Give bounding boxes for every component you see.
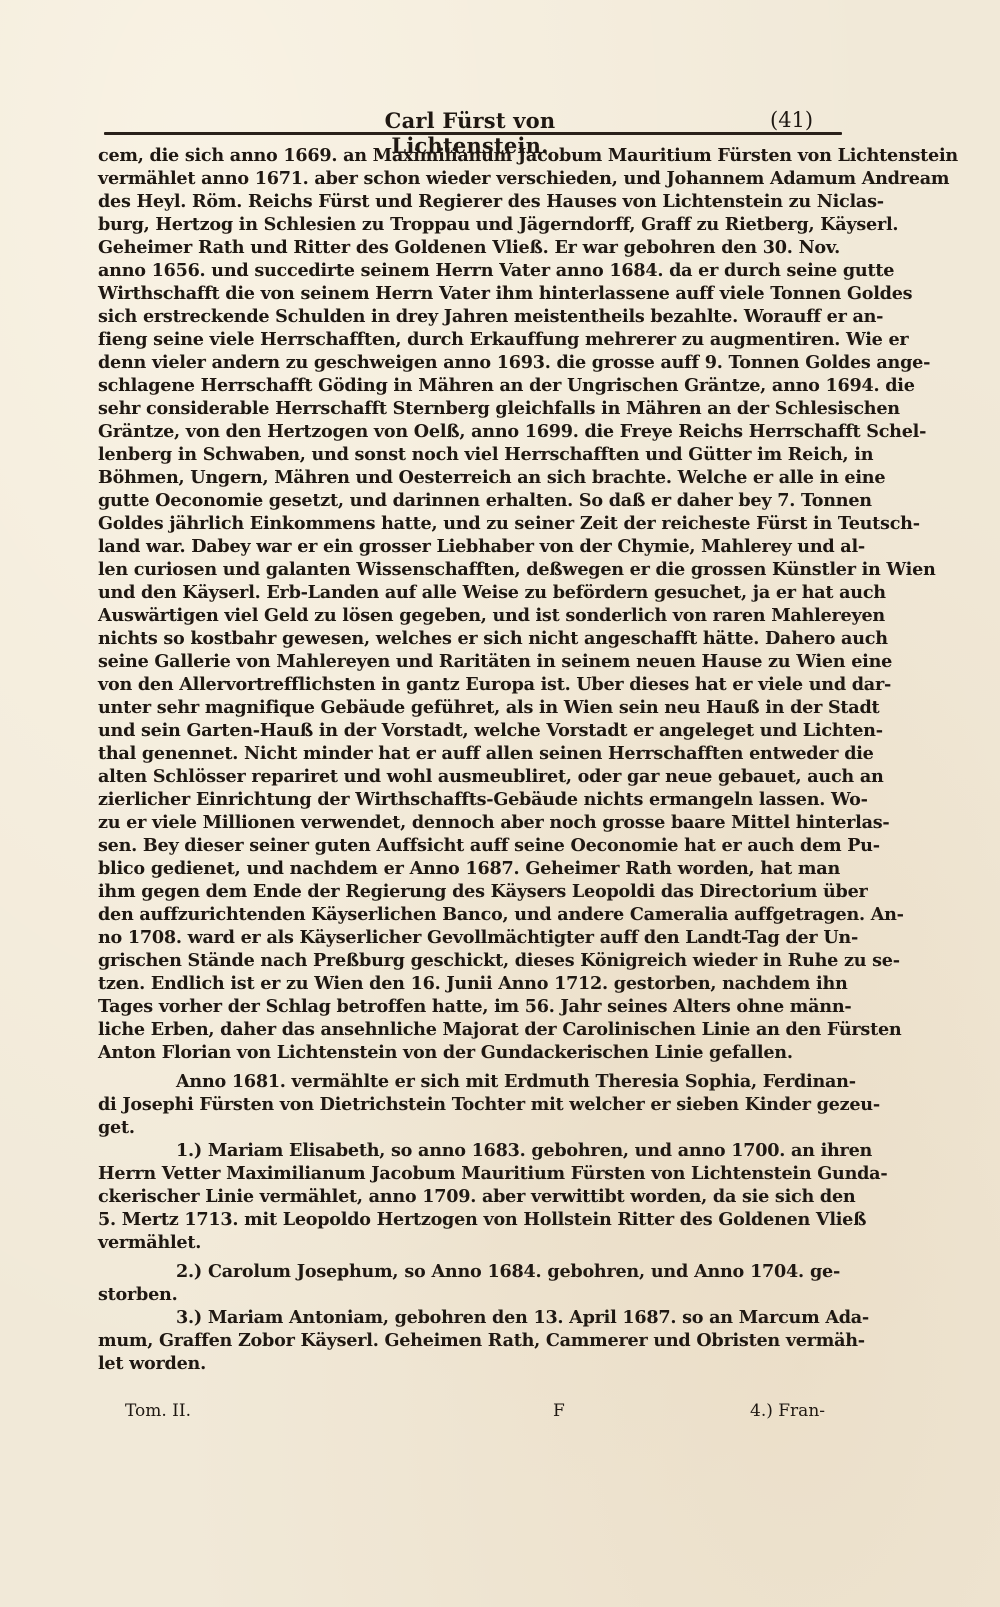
catchword: 4.) Fran- bbox=[750, 1401, 825, 1421]
text-line: len curiosen und galanten Wissenschaffte… bbox=[98, 558, 840, 582]
volume-label: Tom. II. bbox=[125, 1401, 191, 1421]
text-line: thal genennet. Nicht minder hat er auff … bbox=[98, 742, 840, 766]
text-line: blico gedienet, und nachdem er Anno 1687… bbox=[98, 857, 840, 881]
text-line: get. bbox=[98, 1116, 840, 1140]
text-line: Gräntze, von den Hertzogen von Oelß, ann… bbox=[98, 420, 840, 444]
text-line: di Josephi Fürsten von Dietrichstein Toc… bbox=[98, 1093, 840, 1117]
page-number: (41) bbox=[770, 108, 813, 132]
text-line: zierlicher Einrichtung der Wirthschaffts… bbox=[98, 788, 840, 812]
text-line: Herrn Vetter Maximilianum Jacobum Maurit… bbox=[98, 1162, 840, 1186]
text-line: let worden. bbox=[98, 1352, 840, 1376]
text-line: und den Käyserl. Erb-Landen auf alle Wei… bbox=[98, 581, 840, 605]
header-rule bbox=[104, 132, 842, 135]
text-line: liche Erben, daher das ansehnliche Major… bbox=[98, 1018, 840, 1042]
text-line: unter sehr magnifique Gebäude geführet, … bbox=[98, 696, 840, 720]
text-line: gutte Oeconomie gesetzt, und darinnen er… bbox=[98, 489, 840, 513]
text-line: sen. Bey dieser seiner guten Auffsicht a… bbox=[98, 834, 840, 858]
text-line: Goldes jährlich Einkommens hatte, und zu… bbox=[98, 512, 840, 536]
text-line: Anton Florian von Lichtenstein von der G… bbox=[98, 1041, 840, 1065]
text-line: sehr considerable Herrschafft Sternberg … bbox=[98, 397, 840, 421]
text-line: Geheimer Rath und Ritter des Goldenen Vl… bbox=[98, 236, 840, 260]
text-line: burg, Hertzog in Schlesien zu Troppau un… bbox=[98, 213, 840, 237]
text-line: tzen. Endlich ist er zu Wien den 16. Jun… bbox=[98, 972, 840, 996]
text-line: schlagene Herrschafft Göding in Mähren a… bbox=[98, 374, 840, 398]
text-line: no 1708. ward er als Käyserlicher Gevoll… bbox=[98, 926, 840, 950]
text-line: seine Gallerie von Mahlereyen und Raritä… bbox=[98, 650, 840, 674]
text-line: storben. bbox=[98, 1283, 840, 1307]
text-line: cem, die sich anno 1669. an Maximilianum… bbox=[98, 144, 840, 168]
text-line: ihm gegen dem Ende der Regierung des Käy… bbox=[98, 880, 840, 904]
text-line: fieng seine viele Herrschafften, durch E… bbox=[98, 328, 840, 352]
text-line: des Heyl. Röm. Reichs Fürst und Regierer… bbox=[98, 190, 840, 214]
text-line: und sein Garten-Hauß in der Vorstadt, we… bbox=[98, 719, 840, 743]
text-line: 3.) Mariam Antoniam, gebohren den 13. Ap… bbox=[176, 1306, 840, 1330]
text-line: alten Schlösser repariret und wohl ausme… bbox=[98, 765, 840, 789]
text-line: Anno 1681. vermählte er sich mit Erdmuth… bbox=[176, 1070, 840, 1094]
signature-mark: F bbox=[553, 1401, 565, 1421]
text-line: den auffzurichtenden Käyserlichen Banco,… bbox=[98, 903, 840, 927]
text-line: Tages vorher der Schlag betroffen hatte,… bbox=[98, 995, 840, 1019]
text-line: Wirthschafft die von seinem Herrn Vater … bbox=[98, 282, 840, 306]
text-line: vermählet anno 1671. aber schon wieder v… bbox=[98, 167, 840, 191]
text-line: lenberg in Schwaben, und sonst noch viel… bbox=[98, 443, 840, 467]
book-page: Carl Fürst von Lichtenstein. (41) cem, d… bbox=[0, 0, 1000, 1607]
text-line: land war. Dabey war er ein grosser Liebh… bbox=[98, 535, 840, 559]
text-line: anno 1656. und succedirte seinem Herrn V… bbox=[98, 259, 840, 283]
text-line: ckerischer Linie vermählet, anno 1709. a… bbox=[98, 1185, 840, 1209]
text-line: von den Allervortrefflichsten in gantz E… bbox=[98, 673, 840, 697]
text-line: grischen Stände nach Preßburg geschickt,… bbox=[98, 949, 840, 973]
text-line: Auswärtigen viel Geld zu lösen gegeben, … bbox=[98, 604, 840, 628]
text-line: nichts so kostbahr gewesen, welches er s… bbox=[98, 627, 840, 651]
text-line: sich erstreckende Schulden in drey Jahre… bbox=[98, 305, 840, 329]
text-line: denn vieler andern zu geschweigen anno 1… bbox=[98, 351, 840, 375]
text-line: vermählet. bbox=[98, 1231, 840, 1255]
text-line: Böhmen, Ungern, Mähren und Oesterreich a… bbox=[98, 466, 840, 490]
text-line: zu er viele Millionen verwendet, dennoch… bbox=[98, 811, 840, 835]
text-line: 2.) Carolum Josephum, so Anno 1684. gebo… bbox=[176, 1260, 840, 1284]
text-line: mum, Graffen Zobor Käyserl. Geheimen Rat… bbox=[98, 1329, 840, 1353]
text-line: 1.) Mariam Elisabeth, so anno 1683. gebo… bbox=[176, 1139, 840, 1163]
text-line: 5. Mertz 1713. mit Leopoldo Hertzogen vo… bbox=[98, 1208, 840, 1232]
